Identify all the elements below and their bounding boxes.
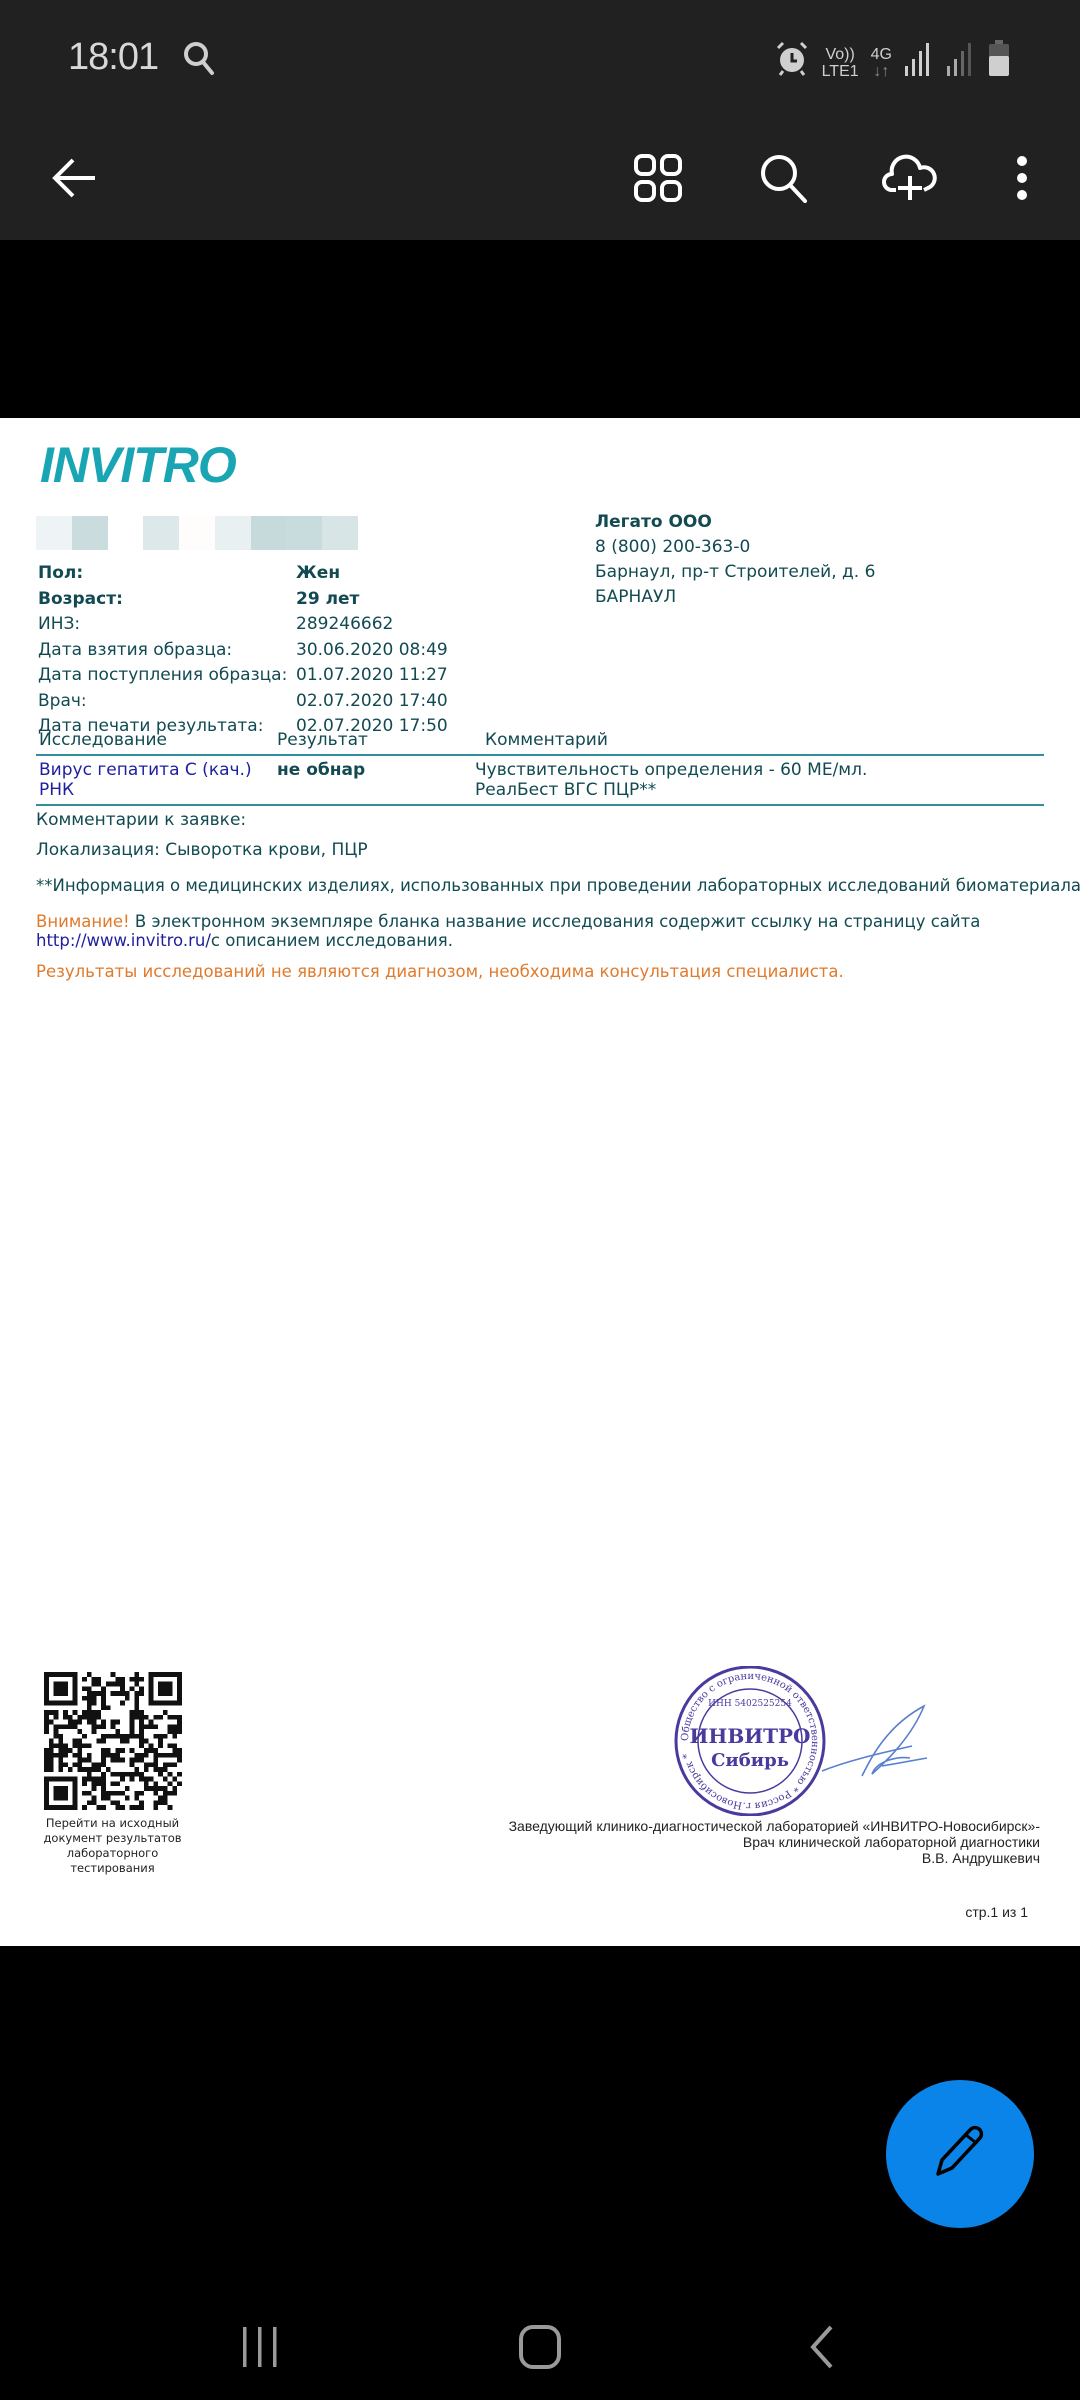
- info-row-sex: Пол:Жен: [38, 561, 448, 587]
- home-icon: [518, 2324, 562, 2374]
- nav-back-button[interactable]: [782, 2314, 862, 2384]
- back-button[interactable]: [44, 150, 104, 210]
- svg-text:ИНН 5402525254: ИНН 5402525254: [708, 1699, 792, 1709]
- volte-icon: Vo)) LTE1: [822, 46, 859, 80]
- system-nav-bar: [0, 2300, 1080, 2400]
- grid-view-button[interactable]: [628, 150, 688, 210]
- table-header: Исследование Результат Комментарий: [36, 730, 1044, 756]
- alarm-icon: [774, 40, 810, 80]
- signature-block: Заведующий клинико-диагностической лабор…: [509, 1818, 1040, 1866]
- results-table: Исследование Результат Комментарий Вирус…: [36, 730, 1044, 806]
- qr-caption: Перейти на исходный документ результатов…: [30, 1816, 195, 1876]
- localization: Локализация: Сыворотка крови, ПЦР: [36, 840, 368, 860]
- attention-notice: Внимание! В электронном экземпляре бланк…: [36, 912, 980, 950]
- qr-code[interactable]: [44, 1672, 182, 1810]
- cloud-upload-button[interactable]: [880, 150, 940, 210]
- test-comment: Чувствительность определения - 60 МЕ/мл.…: [475, 760, 1044, 804]
- viewer-background: [0, 240, 1080, 418]
- info-row-age: Возраст:29 лет: [38, 587, 448, 613]
- test-result: не обнар: [277, 760, 475, 804]
- signature: [822, 1706, 927, 1776]
- patient-info: Пол:Жен Возраст:29 лет ИНЗ:289246662 Дат…: [38, 536, 448, 740]
- svg-text:Сибирь: Сибирь: [711, 1750, 789, 1771]
- table-row: Вирус гепатита С (кач.) РНК не обнар Чув…: [36, 756, 1044, 806]
- invitro-site-link[interactable]: http://www.invitro.ru/: [36, 931, 211, 950]
- search-button[interactable]: [754, 150, 814, 210]
- search-icon: [759, 153, 809, 207]
- test-name-link[interactable]: Вирус гепатита С (кач.) РНК: [36, 760, 277, 804]
- cloud-upload-icon: [882, 154, 938, 206]
- info-row-sample-received: Дата поступления образца:01.07.2020 11:2…: [38, 663, 448, 689]
- pencil-icon: [930, 2122, 990, 2186]
- grid-view-icon: [634, 154, 682, 206]
- home-button[interactable]: [500, 2314, 580, 2384]
- signal-icon: [904, 42, 934, 80]
- info-row-inz: ИНЗ:289246662: [38, 612, 448, 638]
- info-row-sample-taken: Дата взятия образца:30.06.2020 08:49: [38, 638, 448, 664]
- info-row-doctor: Врач:02.07.2020 17:40: [38, 689, 448, 715]
- svg-text:ИНВИТРО: ИНВИТРО: [690, 1724, 811, 1748]
- more-options-button[interactable]: [992, 150, 1052, 210]
- order-comments-label: Комментарии к заявке:: [36, 810, 246, 830]
- search-icon: [182, 40, 218, 82]
- status-bar: 18:01 Vo)) LTE1 4G ↓↑: [0, 0, 1080, 120]
- clock: 18:01: [68, 36, 158, 79]
- pdf-page: INVITRO Пол:Жен Возраст:29 лет ИНЗ:28924…: [0, 418, 1080, 1946]
- data-arrows-icon: 4G ↓↑: [871, 46, 892, 80]
- edit-fab-button[interactable]: [886, 2080, 1034, 2228]
- back-icon: [807, 2324, 837, 2374]
- recent-apps-icon: [240, 2325, 280, 2373]
- more-vertical-icon: [1016, 155, 1028, 205]
- company-stamp: Общество с ограниченной ответственностью…: [672, 1666, 942, 1820]
- redacted-name: [36, 516, 358, 550]
- signal-icon: [946, 42, 976, 80]
- battery-icon: [988, 40, 1010, 80]
- footnote: **Информация о медицинских изделиях, исп…: [36, 876, 1080, 895]
- page-number: стр.1 из 1: [965, 1904, 1028, 1920]
- invitro-logo: INVITRO: [40, 436, 236, 494]
- organization-info: Легато ООО 8 (800) 200-363-0 Барнаул, пр…: [595, 510, 875, 610]
- app-toolbar: [0, 120, 1080, 240]
- disclaimer: Результаты исследований не являются диаг…: [36, 962, 844, 981]
- recent-apps-button[interactable]: [220, 2314, 300, 2384]
- back-arrow-icon: [51, 158, 97, 202]
